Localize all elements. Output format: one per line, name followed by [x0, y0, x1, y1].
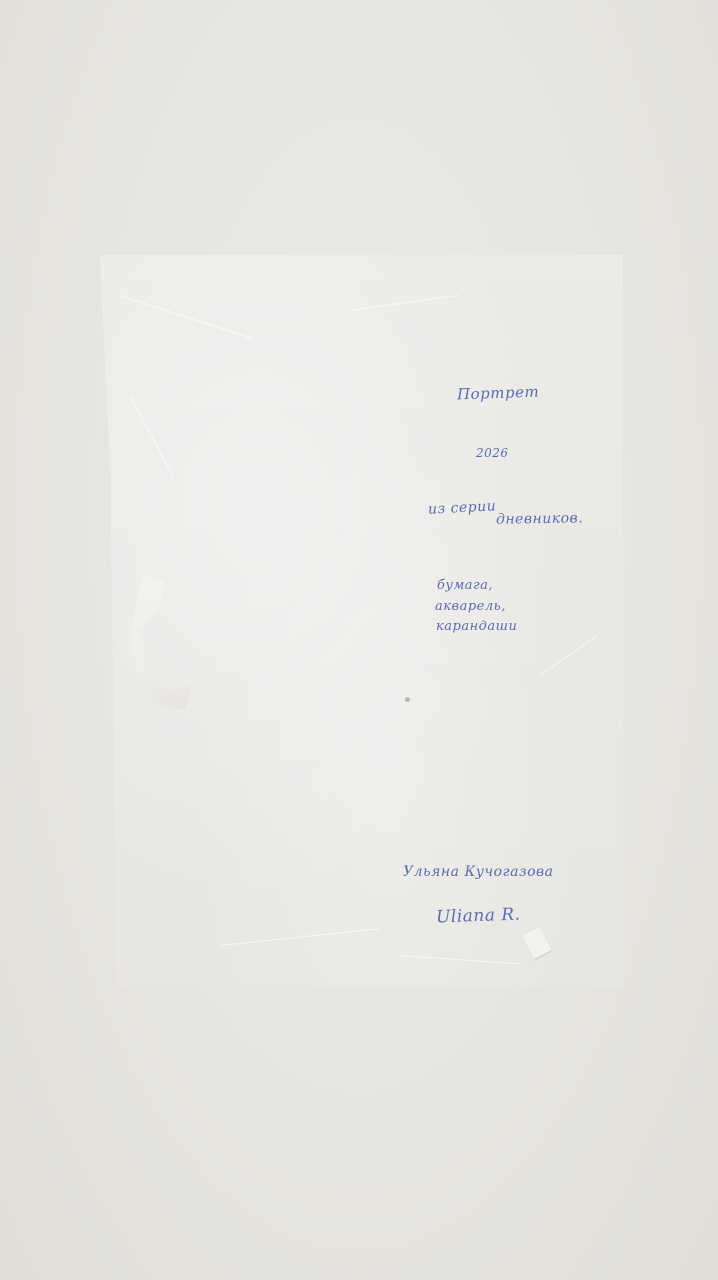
- handwritten-series-line2: дневников.: [496, 510, 583, 528]
- paper-crease: [400, 955, 520, 964]
- handwritten-year: 2026: [476, 446, 509, 460]
- ink-spot: [405, 697, 410, 702]
- paper-crease: [130, 395, 173, 475]
- paper-crease: [220, 928, 379, 946]
- paper-crease: [540, 635, 598, 676]
- handwritten-medium-line1: бумага,: [437, 578, 493, 593]
- handwritten-medium-line3: карандаши: [436, 619, 517, 634]
- paper-crease: [120, 295, 253, 339]
- paper-crease: [350, 295, 459, 311]
- handwritten-author-name: Ульяна Кучогазова: [403, 864, 554, 880]
- handwritten-signature: Uliana R.: [436, 905, 521, 928]
- handwritten-title: Портрет: [457, 383, 540, 404]
- handwritten-medium-line2: акварель,: [435, 599, 506, 614]
